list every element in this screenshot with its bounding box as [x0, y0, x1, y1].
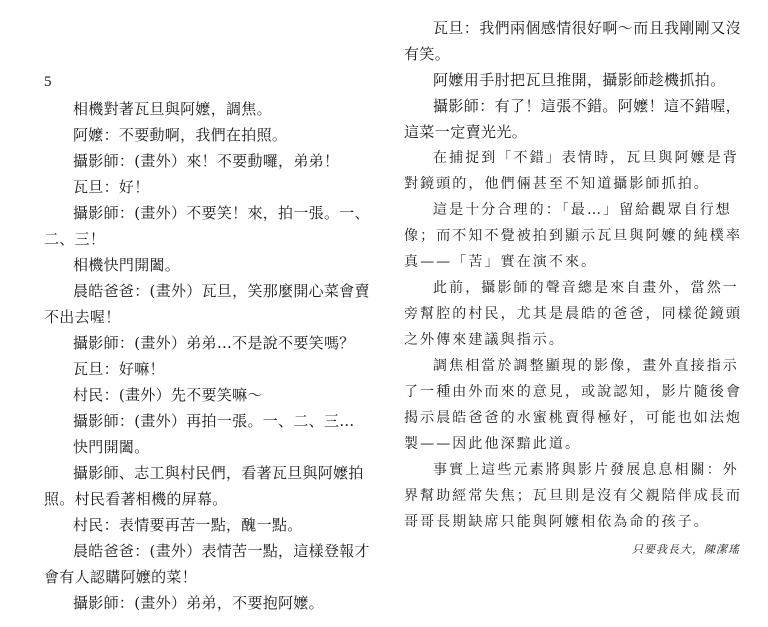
script-line: 瓦旦：好！ — [44, 174, 370, 200]
commentary-paragraph: 調焦相當於調整顯現的影像，畫外直接指示了一種由外而來的意見，或說認知，影片隨後會… — [404, 353, 744, 457]
page-number: 5 — [44, 70, 370, 94]
commentary-paragraph: 事實上這些元素將與影片發展息息相關：外界幫助經常失焦；瓦旦則是沒有父親陪伴成長而… — [404, 457, 744, 535]
script-line: 攝影師：(畫外）弟弟，不要抱阿嬤。 — [44, 590, 370, 616]
commentary-paragraph: 在捕捉到「不錯」表情時，瓦旦與阿嬤是背對鏡頭的，他們倆甚至不知道攝影師抓拍。 — [404, 145, 744, 197]
script-line: 攝影師：(畫外）不要笑！來，拍一張。一、二、三！ — [44, 200, 370, 252]
script-line: 相機對著瓦旦與阿嬤，調焦。 — [44, 96, 370, 122]
script-line: 阿嬤：不要動啊，我們在拍照。 — [44, 122, 370, 148]
script-line: 相機快門開闔。 — [44, 252, 370, 278]
script-line: 阿嬤用手肘把瓦旦推開，攝影師趁機抓拍。 — [404, 67, 744, 93]
script-line: 瓦旦：好嘛！ — [44, 356, 370, 382]
script-line: 瓦旦：我們兩個感情很好啊～而且我剛剛又沒有笑。 — [404, 15, 744, 67]
script-line: 攝影師：(畫外）來！不要動囉，弟弟！ — [44, 148, 370, 174]
script-line: 攝影師：(畫外）再拍一張。一、二、三… — [44, 408, 370, 434]
right-column: 瓦旦：我們兩個感情很好啊～而且我剛剛又沒有笑。 阿嬤用手肘把瓦旦推開，攝影師趁機… — [404, 15, 744, 561]
script-line: 攝影師：有了！這張不錯。阿嬤！這不錯喔，這菜一定賣光光。 — [404, 93, 744, 145]
script-line: 村民：(畫外）先不要笑嘛～ — [44, 382, 370, 408]
script-line: 晨皓爸爸：(畫外）表情苦一點，這樣登報才會有人認購阿嬤的菜！ — [44, 538, 370, 590]
author-signature: 只要我長大，陳潔瑤 — [404, 539, 744, 561]
script-line: 攝影師、志工與村民們，看著瓦旦與阿嬤拍照。村民看著相機的屏幕。 — [44, 460, 370, 512]
script-line: 晨皓爸爸：(畫外）瓦旦，笑那麼開心菜會賣不出去喔！ — [44, 278, 370, 330]
left-column: 5 相機對著瓦旦與阿嬤，調焦。 阿嬤：不要動啊，我們在拍照。 攝影師：(畫外）來… — [44, 70, 370, 616]
script-line: 快門開闔。 — [44, 434, 370, 460]
commentary-paragraph: 這是十分合理的：「最…」留給觀眾自行想像；而不知不覺被拍到顯示瓦旦與阿嬤的純樸率… — [404, 197, 744, 275]
commentary-paragraph: 此前，攝影師的聲音總是來自畫外，當然一旁幫腔的村民，尤其是晨皓的爸爸，同樣從鏡頭… — [404, 275, 744, 353]
script-line: 攝影師：(畫外）弟弟…不是說不要笑嗎？ — [44, 330, 370, 356]
script-line: 村民：表情要再苦一點，醜一點。 — [44, 512, 370, 538]
